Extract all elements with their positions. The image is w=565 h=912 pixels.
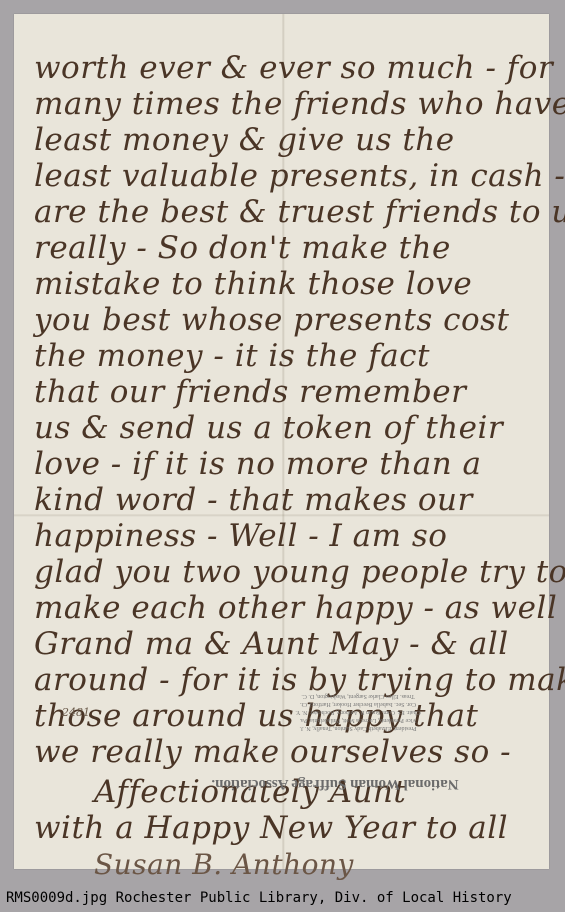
handwritten-line: us & send us a token of their bbox=[34, 410, 503, 446]
letterhead-line: Chair. Ex. Com. Susan B. Anthony, Roches… bbox=[248, 708, 468, 716]
handwritten-line: Grand ma & Aunt May - & all bbox=[34, 626, 509, 662]
letterhead-line: President, Elizabeth Cady Stanton, Tenaf… bbox=[248, 724, 468, 732]
handwritten-line: with a Happy New Year to all bbox=[34, 810, 508, 846]
handwritten-line: we really make ourselves so - bbox=[34, 734, 511, 770]
handwritten-line: worth ever & ever so much - for bbox=[34, 50, 553, 86]
archive-number: 2481 bbox=[62, 706, 90, 719]
handwritten-line: glad you two young people try to bbox=[34, 554, 565, 590]
letterhead-line: Vice Presidents, Lucretia Mott, Philadel… bbox=[248, 716, 468, 724]
printed-letterhead: President, Elizabeth Cady Stanton, Tenaf… bbox=[248, 692, 468, 732]
letterhead-line: Cor. Sec. Isabella Beecher Hooker, Hartf… bbox=[248, 700, 468, 708]
handwritten-line: really - So don't make the bbox=[34, 230, 451, 266]
handwritten-line: the money - it is the fact bbox=[34, 338, 430, 374]
signature: Susan B. Anthony bbox=[94, 848, 354, 881]
image-caption: RMS0009d.jpg Rochester Public Library, D… bbox=[6, 890, 512, 906]
handwritten-line: many times the friends who have bbox=[34, 86, 565, 122]
handwritten-line: make each other happy - as well bbox=[34, 590, 557, 626]
handwritten-line: least money & give us the bbox=[34, 122, 455, 158]
handwritten-line: that our friends remember bbox=[34, 374, 466, 410]
handwritten-line: mistake to think those love bbox=[34, 266, 472, 302]
handwritten-line: are the best & truest friends to us bbox=[34, 194, 565, 230]
handwritten-line: happiness - Well - I am so bbox=[34, 518, 447, 554]
letter-page: worth ever & ever so much - for many tim… bbox=[14, 14, 549, 869]
handwritten-line: kind word - that makes our bbox=[34, 482, 473, 518]
association-name: National Woman Suffrage Association. bbox=[170, 775, 500, 792]
handwritten-line: least valuable presents, in cash - bbox=[34, 158, 565, 194]
handwritten-line: you best whose presents cost bbox=[34, 302, 510, 338]
letterhead-line: Treas. Ellen Clarke Sargent, Washington,… bbox=[248, 692, 468, 700]
handwritten-line: love - if it is no more than a bbox=[34, 446, 482, 482]
